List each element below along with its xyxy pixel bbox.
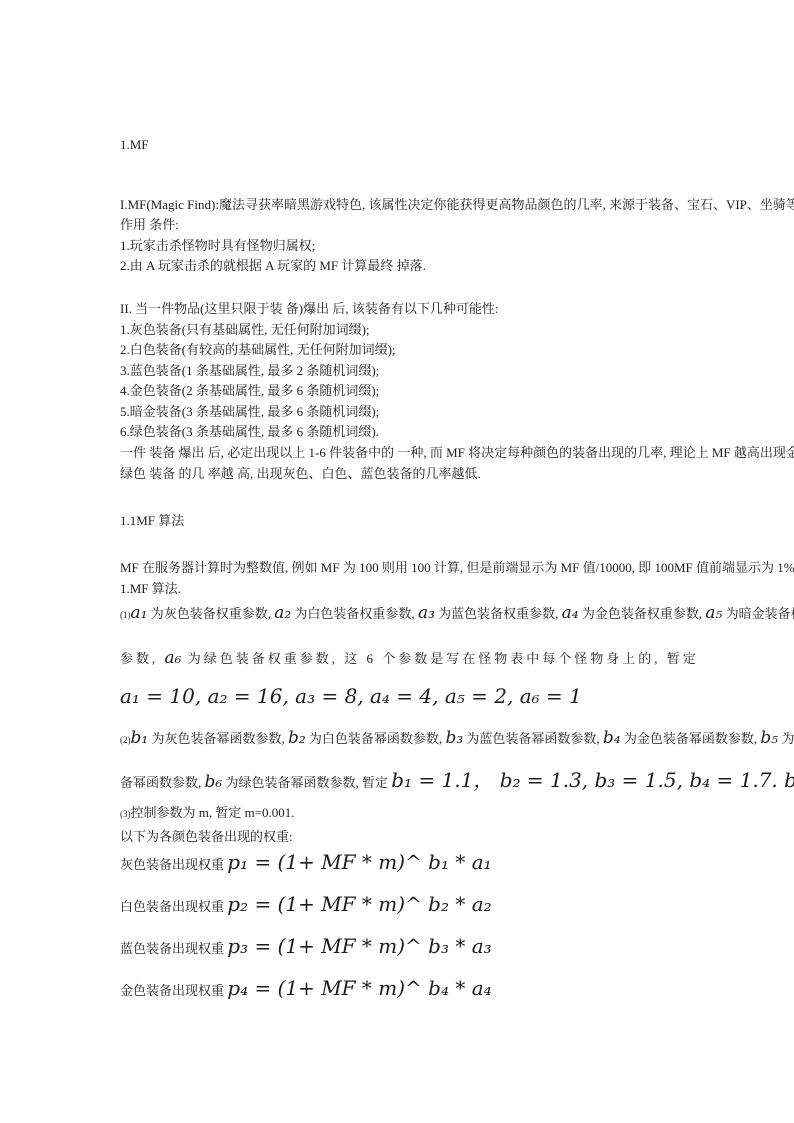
- weight-math-gold: p₄ = (1+ MF * m)^ b₄ * a₄: [227, 976, 491, 1000]
- var-b5: b₅: [760, 728, 778, 748]
- param-a-text-6: 参数,: [120, 651, 165, 666]
- weight-formula-gray: 灰色装备出现权重 p₁ = (1+ MF * m)^ b₁ * a₁: [120, 850, 492, 875]
- param-b-line-2: 备幂函数参数, b₆ 为绿色装备幂函数参数, 暂定 b₁ = 1.1， b₂ =…: [120, 768, 794, 793]
- algorithm-note: MF 在服务器计算时为整数值, 例如 MF 为 100 则用 100 计算, 但…: [120, 560, 794, 576]
- intro-line-3: 1.玩家击杀怪物时具有怪物归属权;: [120, 238, 315, 254]
- var-b4: b₄: [603, 728, 621, 748]
- param-a-values-formula: a₁ = 10, a₂ = 16, a₃ = 8, a₄ = 4, a₅ = 2…: [120, 684, 582, 709]
- weight-formula-gold: 金色装备出现权重 p₄ = (1+ MF * m)^ b₄ * a₄: [120, 976, 492, 1001]
- intro-line-2: 作用 条件:: [120, 217, 179, 233]
- var-a5: a₅: [705, 603, 722, 623]
- param-b-text-2: 为白色装备幂函数参数,: [306, 731, 446, 746]
- var-b6: b₆: [205, 772, 223, 792]
- param-a-text-7: 为绿色装备权重参数, 这 6 个参数是写在怪物表中每个怪物身上的, 暂定: [181, 651, 698, 666]
- param-b-line-1: (2)b₁ 为灰色装备幂函数参数, b₂ 为白色装备幂函数参数, b₃ 为蓝色装…: [120, 728, 794, 749]
- intro-line-4: 2.由 A 玩家击杀的就根据 A 玩家的 MF 计算最终 掉落.: [120, 258, 426, 274]
- weight-math-blue: p₃ = (1+ MF * m)^ b₃ * a₃: [227, 934, 491, 958]
- possibility-item-2: 2.白色装备(有较高的基础属性, 无任何附加词缀);: [120, 342, 396, 358]
- document-page: 1.MF I.MF(Magic Find):魔法寻获率暗黑游戏特色, 该属性决定…: [0, 0, 794, 1123]
- possibility-item-4: 4.金色装备(2 条基础属性, 最多 6 条随机词缀);: [120, 383, 379, 399]
- param-b-text-6: 备幂函数参数,: [120, 775, 205, 790]
- doc-title: 1.MF: [120, 137, 149, 153]
- weights-intro: 以下为各颜色装备出现的权重:: [120, 829, 293, 845]
- param-b-text-5: 为暗金装: [778, 731, 794, 746]
- weight-label-gray: 灰色装备出现权重: [120, 857, 227, 872]
- param-b-text-3: 为蓝色装备幂函数参数,: [463, 731, 603, 746]
- param-b-text-1: 为灰色装备幂函数参数,: [148, 731, 288, 746]
- param-a-text-2: 为白色装备权重参数,: [291, 606, 418, 621]
- param-a-text-5: 为暗金装备权重: [722, 606, 794, 621]
- var-a6: a₆: [165, 648, 182, 668]
- param-a-line-1: (1)a₁ 为灰色装备权重参数, a₂ 为白色装备权重参数, a₃ 为蓝色装备权…: [120, 603, 794, 624]
- param-a-text-4: 为金色装备权重参数,: [579, 606, 706, 621]
- param-b-text-7: 为绿色装备幂函数参数, 暂定: [222, 775, 391, 790]
- possibility-item-1: 1.灰色装备(只有基础属性, 无任何附加词缀);: [120, 322, 370, 338]
- var-a2: a₂: [274, 603, 291, 623]
- possibilities-summary-line-2: 绿色 装备 的几 率越 高, 出现灰色、白色、蓝色装备的几率越低.: [120, 466, 481, 482]
- control-param-text: 控制参数为 m, 暂定 m=0.001.: [131, 805, 295, 820]
- var-b3: b₃: [445, 728, 463, 748]
- weight-formula-white: 白色装备出现权重 p₂ = (1+ MF * m)^ b₂ * a₂: [120, 892, 492, 917]
- possibilities-summary-line-1: 一件 装备 爆出 后, 必定出现以上 1-6 件装备中的 一种, 而 MF 将决…: [120, 445, 794, 461]
- param-b-text-4: 为金色装备幂函数参数,: [621, 731, 761, 746]
- intro-line-1: I.MF(Magic Find):魔法寻获率暗黑游戏特色, 该属性决定你能获得更…: [120, 197, 794, 213]
- param-b-values-formula: b₁ = 1.1， b₂ = 1.3, b₃ = 1.5, b₄ = 1.7. …: [391, 768, 794, 792]
- param-b-marker: (2): [120, 735, 131, 745]
- param-a-text-3: 为蓝色装备权重参数,: [435, 606, 562, 621]
- possibilities-heading: II. 当一件物品(这里只限于装 备)爆出 后, 该装备有以下几种可能性:: [120, 301, 498, 317]
- var-a4: a₄: [562, 603, 579, 623]
- var-a1: a₁: [131, 603, 148, 623]
- weight-label-white: 白色装备出现权重: [120, 899, 227, 914]
- var-b2: b₂: [288, 728, 306, 748]
- algorithm-sub-heading: 1.MF 算法.: [120, 581, 181, 597]
- weight-label-blue: 蓝色装备出现权重: [120, 941, 227, 956]
- var-a3: a₃: [418, 603, 435, 623]
- var-b1: b₁: [131, 728, 149, 748]
- algorithm-heading: 1.1MF 算法: [120, 513, 184, 529]
- possibility-item-3: 3.蓝色装备(1 条基础属性, 最多 2 条随机词缀);: [120, 363, 379, 379]
- possibility-item-6: 6.绿色装备(3 条基础属性, 最多 6 条随机词缀).: [120, 424, 379, 440]
- param-a-text-1: 为灰色装备权重参数,: [147, 606, 274, 621]
- control-param-marker: (3): [120, 809, 131, 819]
- param-a-marker: (1): [120, 610, 131, 620]
- weight-math-white: p₂ = (1+ MF * m)^ b₂ * a₂: [227, 892, 491, 916]
- weight-formula-blue: 蓝色装备出现权重 p₃ = (1+ MF * m)^ b₃ * a₃: [120, 934, 492, 959]
- weight-math-gray: p₁ = (1+ MF * m)^ b₁ * a₁: [227, 850, 491, 874]
- param-a-line-2: 参数, a₆ 为绿色装备权重参数, 这 6 个参数是写在怪物表中每个怪物身上的,…: [120, 648, 699, 669]
- possibility-item-5: 5.暗金装备(3 条基础属性, 最多 6 条随机词缀);: [120, 404, 379, 420]
- control-param-line: (3)控制参数为 m, 暂定 m=0.001.: [120, 805, 295, 821]
- weight-label-gold: 金色装备出现权重: [120, 983, 227, 998]
